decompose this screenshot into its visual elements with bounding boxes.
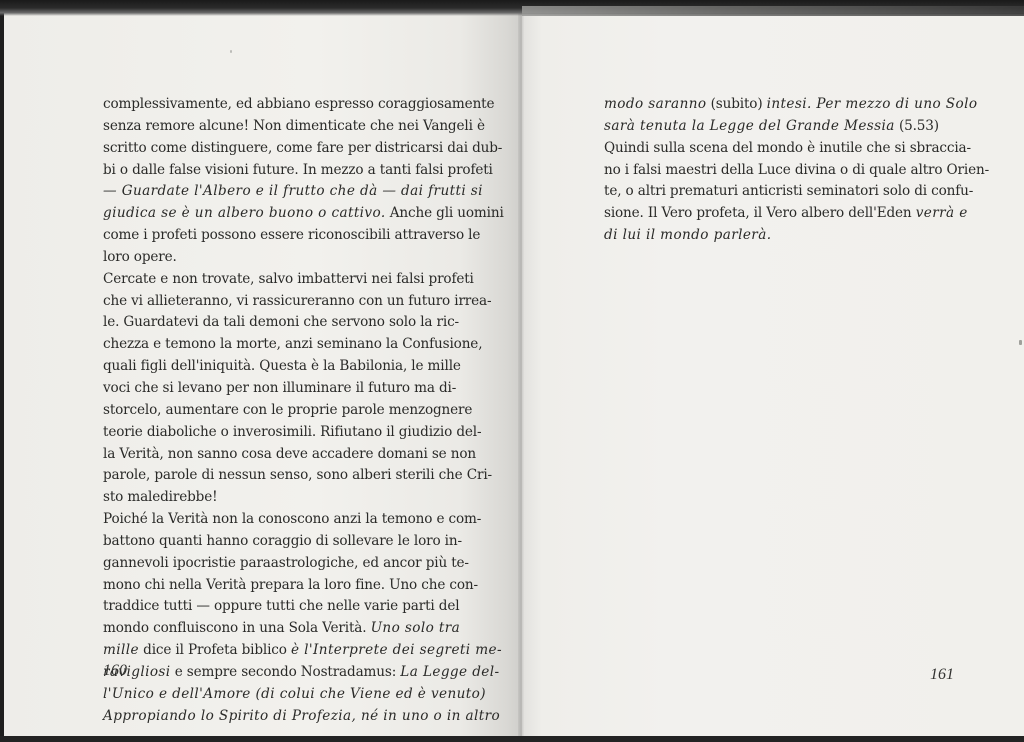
italic-run: La Legge del-	[400, 664, 499, 680]
book-spine	[518, 10, 524, 736]
left-page-number: 160	[103, 662, 127, 680]
text-run: storcelo, aumentare con le proprie parol…	[103, 402, 472, 418]
text-line: scritto come distinguere, come fare per …	[103, 138, 456, 160]
text-run: che vi allieteranno, vi rassicureranno c…	[103, 293, 491, 309]
text-line: voci che si levano per non illuminare il…	[103, 378, 456, 400]
text-line: la Verità, non sanno cosa deve accadere …	[103, 444, 456, 466]
text-line: chezza e temono la morte, anzi seminano …	[103, 334, 456, 356]
text-run: senza remore alcune! Non dimenticate che…	[103, 118, 485, 134]
text-run: chezza e temono la morte, anzi seminano …	[103, 336, 482, 352]
text-run: gannevoli ipocristie paraastrologiche, e…	[103, 555, 469, 571]
text-line: complessivamente, ed abbiano espresso co…	[103, 94, 456, 116]
italic-run: giudica se è un albero buono o cattivo.	[103, 205, 386, 221]
text-line: le. Guardatevi da tali demoni che servon…	[103, 312, 456, 334]
left-page: complessivamente, ed abbiano espresso co…	[4, 10, 522, 736]
text-line: — Guardate l'Albero e il frutto che dà —…	[103, 181, 456, 203]
italic-run: — Guardate l'Albero e il frutto che dà —…	[103, 183, 483, 199]
right-page-text: modo saranno (subito) intesi. Per mezzo …	[604, 94, 946, 247]
right-page-number: 161	[930, 666, 954, 684]
italic-run: Appropiando lo Spirito di Profezia, né i…	[103, 708, 500, 724]
text-run: voci che si levano per non illuminare il…	[103, 380, 456, 396]
text-line: mille dice il Profeta biblico è l'Interp…	[103, 640, 456, 662]
left-page-text: complessivamente, ed abbiano espresso co…	[103, 94, 456, 727]
text-run: (5.53)	[895, 118, 939, 134]
text-line: teorie diaboliche o inverosimili. Rifiut…	[103, 422, 456, 444]
text-line: sione. Il Vero profeta, il Vero albero d…	[604, 203, 946, 225]
text-line: quali figli dell'iniquità. Questa è la B…	[103, 356, 456, 378]
italic-run: Uno solo tra	[371, 620, 461, 636]
text-run: la Verità, non sanno cosa deve accadere …	[103, 446, 476, 462]
text-run: loro opere.	[103, 249, 177, 265]
text-run: e sempre secondo Nostradamus:	[171, 664, 401, 680]
text-line: come i profeti possono essere riconoscib…	[103, 225, 456, 247]
text-line: giudica se è un albero buono o cattivo. …	[103, 203, 456, 225]
text-line: battono quanti hanno coraggio di solleva…	[103, 531, 456, 553]
text-line: Cercate e non trovate, salvo imbattervi …	[103, 269, 456, 291]
book-spread: complessivamente, ed abbiano espresso co…	[0, 0, 1024, 742]
text-line: gannevoli ipocristie paraastrologiche, e…	[103, 553, 456, 575]
text-run: bi o dalle false visioni future. In mezz…	[103, 162, 493, 178]
text-run: complessivamente, ed abbiano espresso co…	[103, 96, 494, 112]
italic-run: verrà e	[916, 205, 968, 221]
text-run: parole, parole di nessun senso, sono alb…	[103, 467, 492, 483]
italic-run: sarà tenuta la Legge del Grande Messia	[604, 118, 895, 134]
italic-run: è l'Interprete dei segreti me-	[291, 642, 502, 658]
text-run: quali figli dell'iniquità. Questa è la B…	[103, 358, 461, 374]
text-run: mondo confluiscono in una Sola Verità.	[103, 620, 371, 636]
text-line: Appropiando lo Spirito di Profezia, né i…	[103, 706, 456, 728]
bottom-scan-edge	[0, 736, 1024, 742]
text-line: sarà tenuta la Legge del Grande Messia (…	[604, 116, 946, 138]
text-line: modo saranno (subito) intesi. Per mezzo …	[604, 94, 946, 116]
text-line: ravigliosi e sempre secondo Nostradamus:…	[103, 662, 456, 684]
text-run: sto maledirebbe!	[103, 489, 217, 505]
text-line: sto maledirebbe!	[103, 487, 456, 509]
text-line: l'Unico e dell'Amore (di colui che Viene…	[103, 684, 456, 706]
text-line: te, o altri prematuri anticristi seminat…	[604, 181, 946, 203]
text-run: mono chi nella Verità prepara la loro fi…	[103, 577, 478, 593]
text-run: le. Guardatevi da tali demoni che servon…	[103, 314, 459, 330]
text-run: scritto come distinguere, come fare per …	[103, 140, 502, 156]
text-line: che vi allieteranno, vi rassicureranno c…	[103, 291, 456, 313]
italic-run: modo saranno	[604, 96, 706, 112]
text-line: no i falsi maestri della Luce divina o d…	[604, 160, 946, 182]
text-run: dice il Profeta biblico	[139, 642, 291, 658]
right-page-top-edge	[522, 6, 1024, 16]
italic-run: l'Unico e dell'Amore (di colui che Viene…	[103, 686, 486, 702]
text-run: Anche gli uomini	[386, 205, 504, 221]
italic-run: mille	[103, 642, 139, 658]
text-line: Poiché la Verità non la conoscono anzi l…	[103, 509, 456, 531]
text-run: teorie diaboliche o inverosimili. Rifiut…	[103, 424, 481, 440]
text-line: mono chi nella Verità prepara la loro fi…	[103, 575, 456, 597]
text-run: no i falsi maestri della Luce divina o d…	[604, 162, 989, 178]
text-run: Cercate e non trovate, salvo imbattervi …	[103, 271, 474, 287]
text-run: traddice tutti — oppure tutti che nelle …	[103, 598, 459, 614]
text-run: battono quanti hanno coraggio di solleva…	[103, 533, 462, 549]
text-line: senza remore alcune! Non dimenticate che…	[103, 116, 456, 138]
text-line: loro opere.	[103, 247, 456, 269]
text-run: come i profeti possono essere riconoscib…	[103, 227, 480, 243]
text-line: di lui il mondo parlerà.	[604, 225, 946, 247]
text-line: parole, parole di nessun senso, sono alb…	[103, 465, 456, 487]
text-line: mondo confluiscono in una Sola Verità. U…	[103, 618, 456, 640]
right-page: modo saranno (subito) intesi. Per mezzo …	[522, 14, 1024, 736]
text-line: bi o dalle false visioni future. In mezz…	[103, 160, 456, 182]
text-run: Quindi sulla scena del mondo è inutile c…	[604, 140, 971, 156]
paper-speck	[1019, 340, 1022, 345]
italic-run: di lui il mondo parlerà.	[604, 227, 771, 243]
paper-speck	[230, 50, 232, 53]
text-run: (subito)	[706, 96, 766, 112]
text-line: Quindi sulla scena del mondo è inutile c…	[604, 138, 946, 160]
text-run: sione. Il Vero profeta, il Vero albero d…	[604, 205, 916, 221]
italic-run: intesi. Per mezzo di uno Solo	[767, 96, 978, 112]
text-line: storcelo, aumentare con le proprie parol…	[103, 400, 456, 422]
text-line: traddice tutti — oppure tutti che nelle …	[103, 596, 456, 618]
text-run: te, o altri prematuri anticristi seminat…	[604, 183, 973, 199]
text-run: Poiché la Verità non la conoscono anzi l…	[103, 511, 481, 527]
